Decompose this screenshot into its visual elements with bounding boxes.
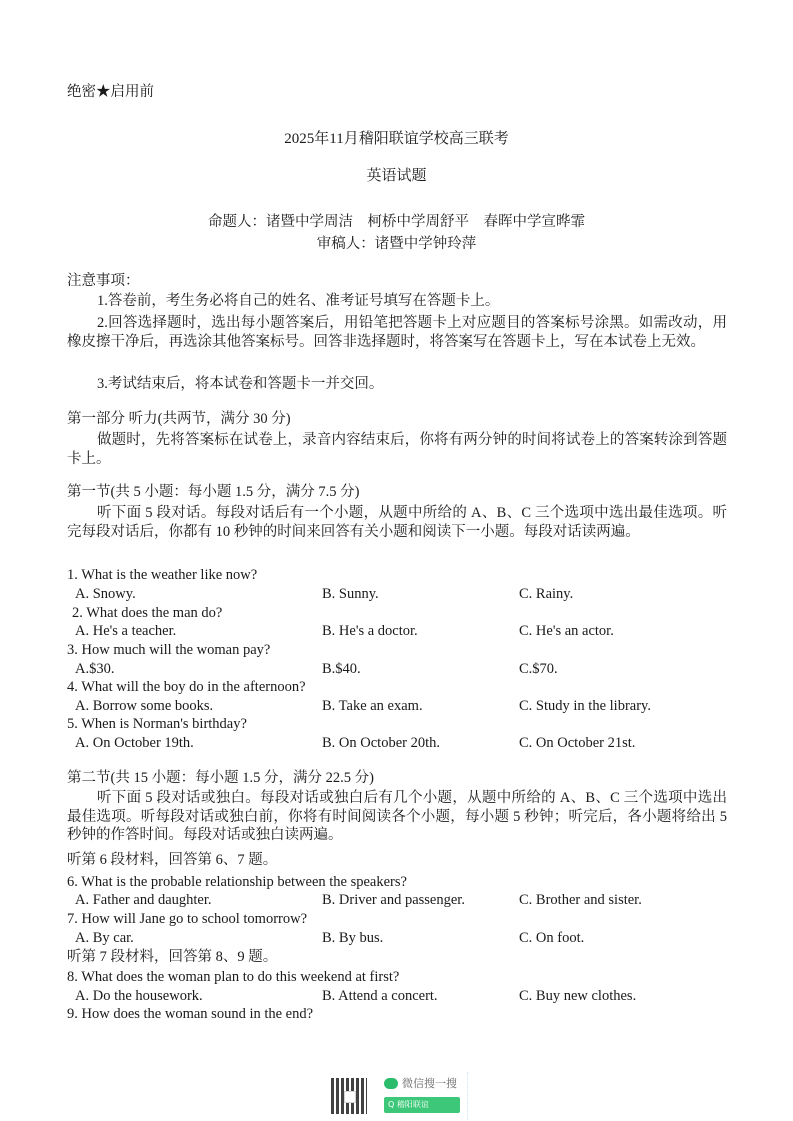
question-6: 6. What is the probable relationship bet…	[67, 873, 407, 891]
option-7b: B. By bus.	[322, 929, 383, 947]
qr-code-icon[interactable]	[331, 1078, 367, 1114]
option-1c: C. Rainy.	[519, 585, 573, 603]
notice-item-3: 3.考试结束后，将本试卷和答题卡一并交回。	[67, 375, 727, 394]
option-4b: B. Take an exam.	[322, 697, 423, 715]
exam-title: 2025年11月稽阳联谊学校高三联考	[0, 127, 793, 148]
notice-heading: 注意事项：	[67, 272, 140, 290]
wechat-search-box[interactable]: Q 稽阳联谊	[384, 1097, 460, 1113]
option-3a: A.$30.	[75, 660, 114, 678]
option-6b: B. Driver and passenger.	[322, 891, 465, 909]
option-7c: C. On foot.	[519, 929, 584, 947]
option-4c: C. Study in the library.	[519, 697, 651, 715]
notice-item-1: 1.答卷前，考生务必将自己的姓名、准考证号填写在答题卡上。	[67, 292, 727, 311]
wechat-logo-icon	[384, 1078, 398, 1089]
question-4: 4. What will the boy do in the afternoon…	[67, 678, 306, 696]
option-5c: C. On October 21st.	[519, 734, 635, 752]
section2-instruction: 听下面 5 段对话或独白。每段对话或独白后有几个小题，从题中所给的 A、B、C …	[67, 789, 727, 845]
option-1a: A. Snowy.	[75, 585, 136, 603]
option-2a: A. He's a teacher.	[75, 622, 176, 640]
material-7-label: 听第 7 段材料，回答第 8、9 题。	[67, 948, 277, 966]
wechat-search-title: 微信搜一搜	[402, 1075, 457, 1091]
option-2c: C. He's an actor.	[519, 622, 614, 640]
section1-heading: 第一节(共 5 小题：每小题 1.5 分，满分 7.5 分)	[67, 483, 359, 501]
part1-heading: 第一部分 听力(共两节，满分 30 分)	[67, 410, 291, 428]
option-8a: A. Do the housework.	[75, 987, 203, 1005]
confidential-label: 绝密★启用前	[67, 83, 154, 101]
question-1: 1. What is the weather like now?	[67, 566, 257, 584]
section1-instruction: 听下面 5 段对话。每段对话后有一个小题，从题中所给的 A、B、C 三个选项中选…	[67, 504, 727, 541]
option-8b: B. Attend a concert.	[322, 987, 438, 1005]
option-5a: A. On October 19th.	[75, 734, 194, 752]
notice-item-2: 2.回答选择题时，选出每小题答案后，用铅笔把答题卡上对应题目的答案标号涂黑。如需…	[67, 314, 727, 351]
option-6a: A. Father and daughter.	[75, 891, 212, 909]
option-4a: A. Borrow some books.	[75, 697, 213, 715]
question-8: 8. What does the woman plan to do this w…	[67, 968, 399, 986]
wechat-search-badge[interactable]: 微信搜一搜 Q 稽阳联谊	[331, 1075, 466, 1117]
option-5b: B. On October 20th.	[322, 734, 440, 752]
option-6c: C. Brother and sister.	[519, 891, 642, 909]
exam-reviewer: 审稿人：诸暨中学钟玲萍	[0, 232, 793, 253]
section2-heading: 第二节(共 15 小题：每小题 1.5 分，满分 22.5 分)	[67, 769, 374, 787]
option-7a: A. By car.	[75, 929, 134, 947]
dotted-divider	[467, 1072, 468, 1120]
question-9: 9. How does the woman sound in the end?	[67, 1005, 313, 1023]
option-1b: B. Sunny.	[322, 585, 379, 603]
material-6-label: 听第 6 段材料，回答第 6、7 题。	[67, 851, 277, 869]
question-5: 5. When is Norman's birthday?	[67, 715, 247, 733]
question-2: 2. What does the man do?	[72, 604, 222, 622]
part1-instruction: 做题时，先将答案标在试卷上，录音内容结束后，你将有两分钟的时间将试卷上的答案转涂…	[67, 431, 727, 468]
exam-subject: 英语试题	[0, 164, 793, 185]
exam-authors: 命题人：诸暨中学周洁 柯桥中学周舒平 春晖中学宣晔霏	[0, 210, 793, 231]
option-3b: B.$40.	[322, 660, 361, 678]
option-8c: C. Buy new clothes.	[519, 987, 636, 1005]
option-2b: B. He's a doctor.	[322, 622, 418, 640]
question-7: 7. How will Jane go to school tomorrow?	[67, 910, 307, 928]
question-3: 3. How much will the woman pay?	[67, 641, 270, 659]
option-3c: C.$70.	[519, 660, 558, 678]
